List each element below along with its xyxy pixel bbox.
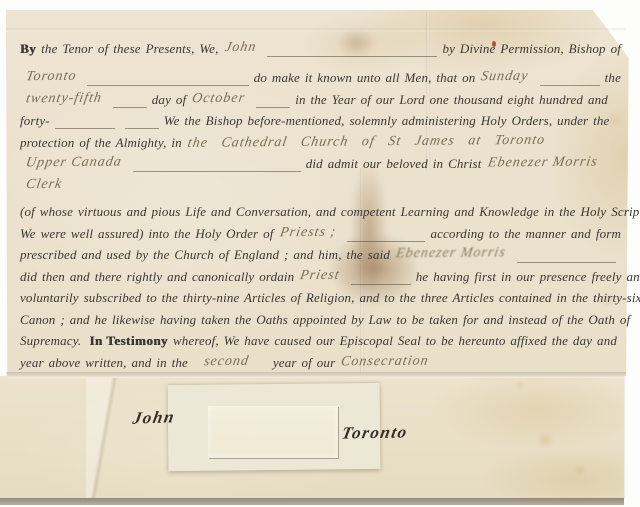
printed-text: did then and there rightly and canonical… [20,269,294,285]
blank-rule [267,44,438,57]
seal-patch [208,406,338,458]
document-line-8: (of whose virtuous and pious Life and Co… [20,199,621,221]
printed-text: voluntarily subscribed to the thirty-nin… [20,290,621,306]
blank-rule [125,116,159,129]
printed-text: in the Year of our Lord one thousand eig… [295,92,608,108]
printed-text: he having first in our presence freely a… [416,269,640,285]
diagonal-crease [86,378,120,498]
blackletter-in-testimony: In Testimony [89,333,168,349]
handwritten-holy-order: Priests ; [278,224,337,240]
document-line-14: Supremacy. In Testimony whereof, We have… [20,328,621,350]
paper-edge-shadow [0,498,624,505]
document-line-13: Canon ; and he likewise having taken the… [20,306,621,328]
printed-text: day of [152,92,187,108]
handwritten-ordination-place: the Cathedral Church of St James at Toro… [186,132,617,152]
document-line-2: Toronto do make it known unto all Men, t… [20,65,621,87]
printed-text: do make it known unto all Men, that on [254,70,476,86]
printed-text: year above written, and in the [20,355,188,371]
document-line-7: Clerk [20,172,621,194]
printed-text: forty- [20,113,50,129]
signature-bishop-given-name: John [131,407,177,428]
printed-text: Canon ; and he likewise having taken the… [20,312,621,328]
printed-text: did admit our beloved in Christ [306,156,482,172]
printed-text: protection of the Almighty, in [20,135,182,151]
handwritten-month: October [191,90,247,106]
printed-text: the Tenor of these Presents, We, [41,41,218,57]
handwritten-bishop-given-name: John [223,39,257,55]
printed-text: (of whose virtuous and pious Life and Co… [20,204,621,220]
printed-text: whereof, We have caused our Episcopal Se… [173,333,617,349]
handwritten-province: Upper Canada [25,155,123,172]
document-line-10: prescribed and used by the Church of Eng… [20,242,621,264]
blank-rule [133,159,301,172]
blank-rule [351,272,411,285]
blank-rule [113,95,147,108]
printed-text: Supremacy. [20,333,81,349]
document-line-1: By the Tenor of these Presents, We, John… [20,35,621,57]
blank-rule [347,229,426,242]
document-line-4: forty- We the Bishop before-mentioned, s… [20,108,621,130]
printed-text: by Divine Permission, Bishop of [442,41,621,57]
printed-text: We were well assured) into the Holy Orde… [20,226,274,242]
handwritten-ordinand-name: Ebenezer Morris [486,155,598,172]
printed-text: the [605,70,621,86]
blank-rule [517,250,616,263]
document-line-15: year above written, and in the second ye… [20,349,621,371]
document-line-6: Upper Canada did admit our beloved in Ch… [20,151,621,173]
signature-bishop-see: Toronto [340,422,410,443]
scanned-document: By the Tenor of these Presents, We, John… [0,0,640,507]
printed-text: We the Bishop before-mentioned, solemnly… [164,113,610,129]
document-line-5: protection of the Almighty, in the Cathe… [20,129,621,151]
printed-text: prescribed and used by the Church of Eng… [20,247,390,263]
handwritten-consecration-word: Consecration [340,353,430,370]
certificate-text: By the Tenor of these Presents, We, John… [20,35,621,371]
handwritten-see-name: Toronto [25,69,78,85]
document-line-9: We were well assured) into the Holy Orde… [20,220,621,242]
blank-rule [87,73,248,86]
handwritten-day-of-month: twenty-fifth [25,90,104,107]
blank-rule [55,116,115,129]
blank-rule [540,73,600,86]
handwritten-ordinand-title: Clerk [25,176,64,192]
document-line-11: did then and there rightly and canonical… [20,263,621,285]
handwritten-weekday: Sunday [480,69,530,85]
blackletter-by: By [20,41,36,57]
handwritten-ordained-rank: Priest [299,267,341,283]
handwritten-consecration-year: second [203,353,251,369]
document-line-12: voluntarily subscribed to the thirty-nin… [20,285,621,307]
horizontal-crease [6,28,626,32]
printed-text: year of our [273,355,335,371]
printed-text: according to the manner and form [430,226,621,242]
handwritten-ordinand-name-smudged: Ebenezer Morris [395,246,507,263]
document-line-3: twenty-fifth day of October in the Year … [20,86,621,108]
blank-rule [256,95,290,108]
